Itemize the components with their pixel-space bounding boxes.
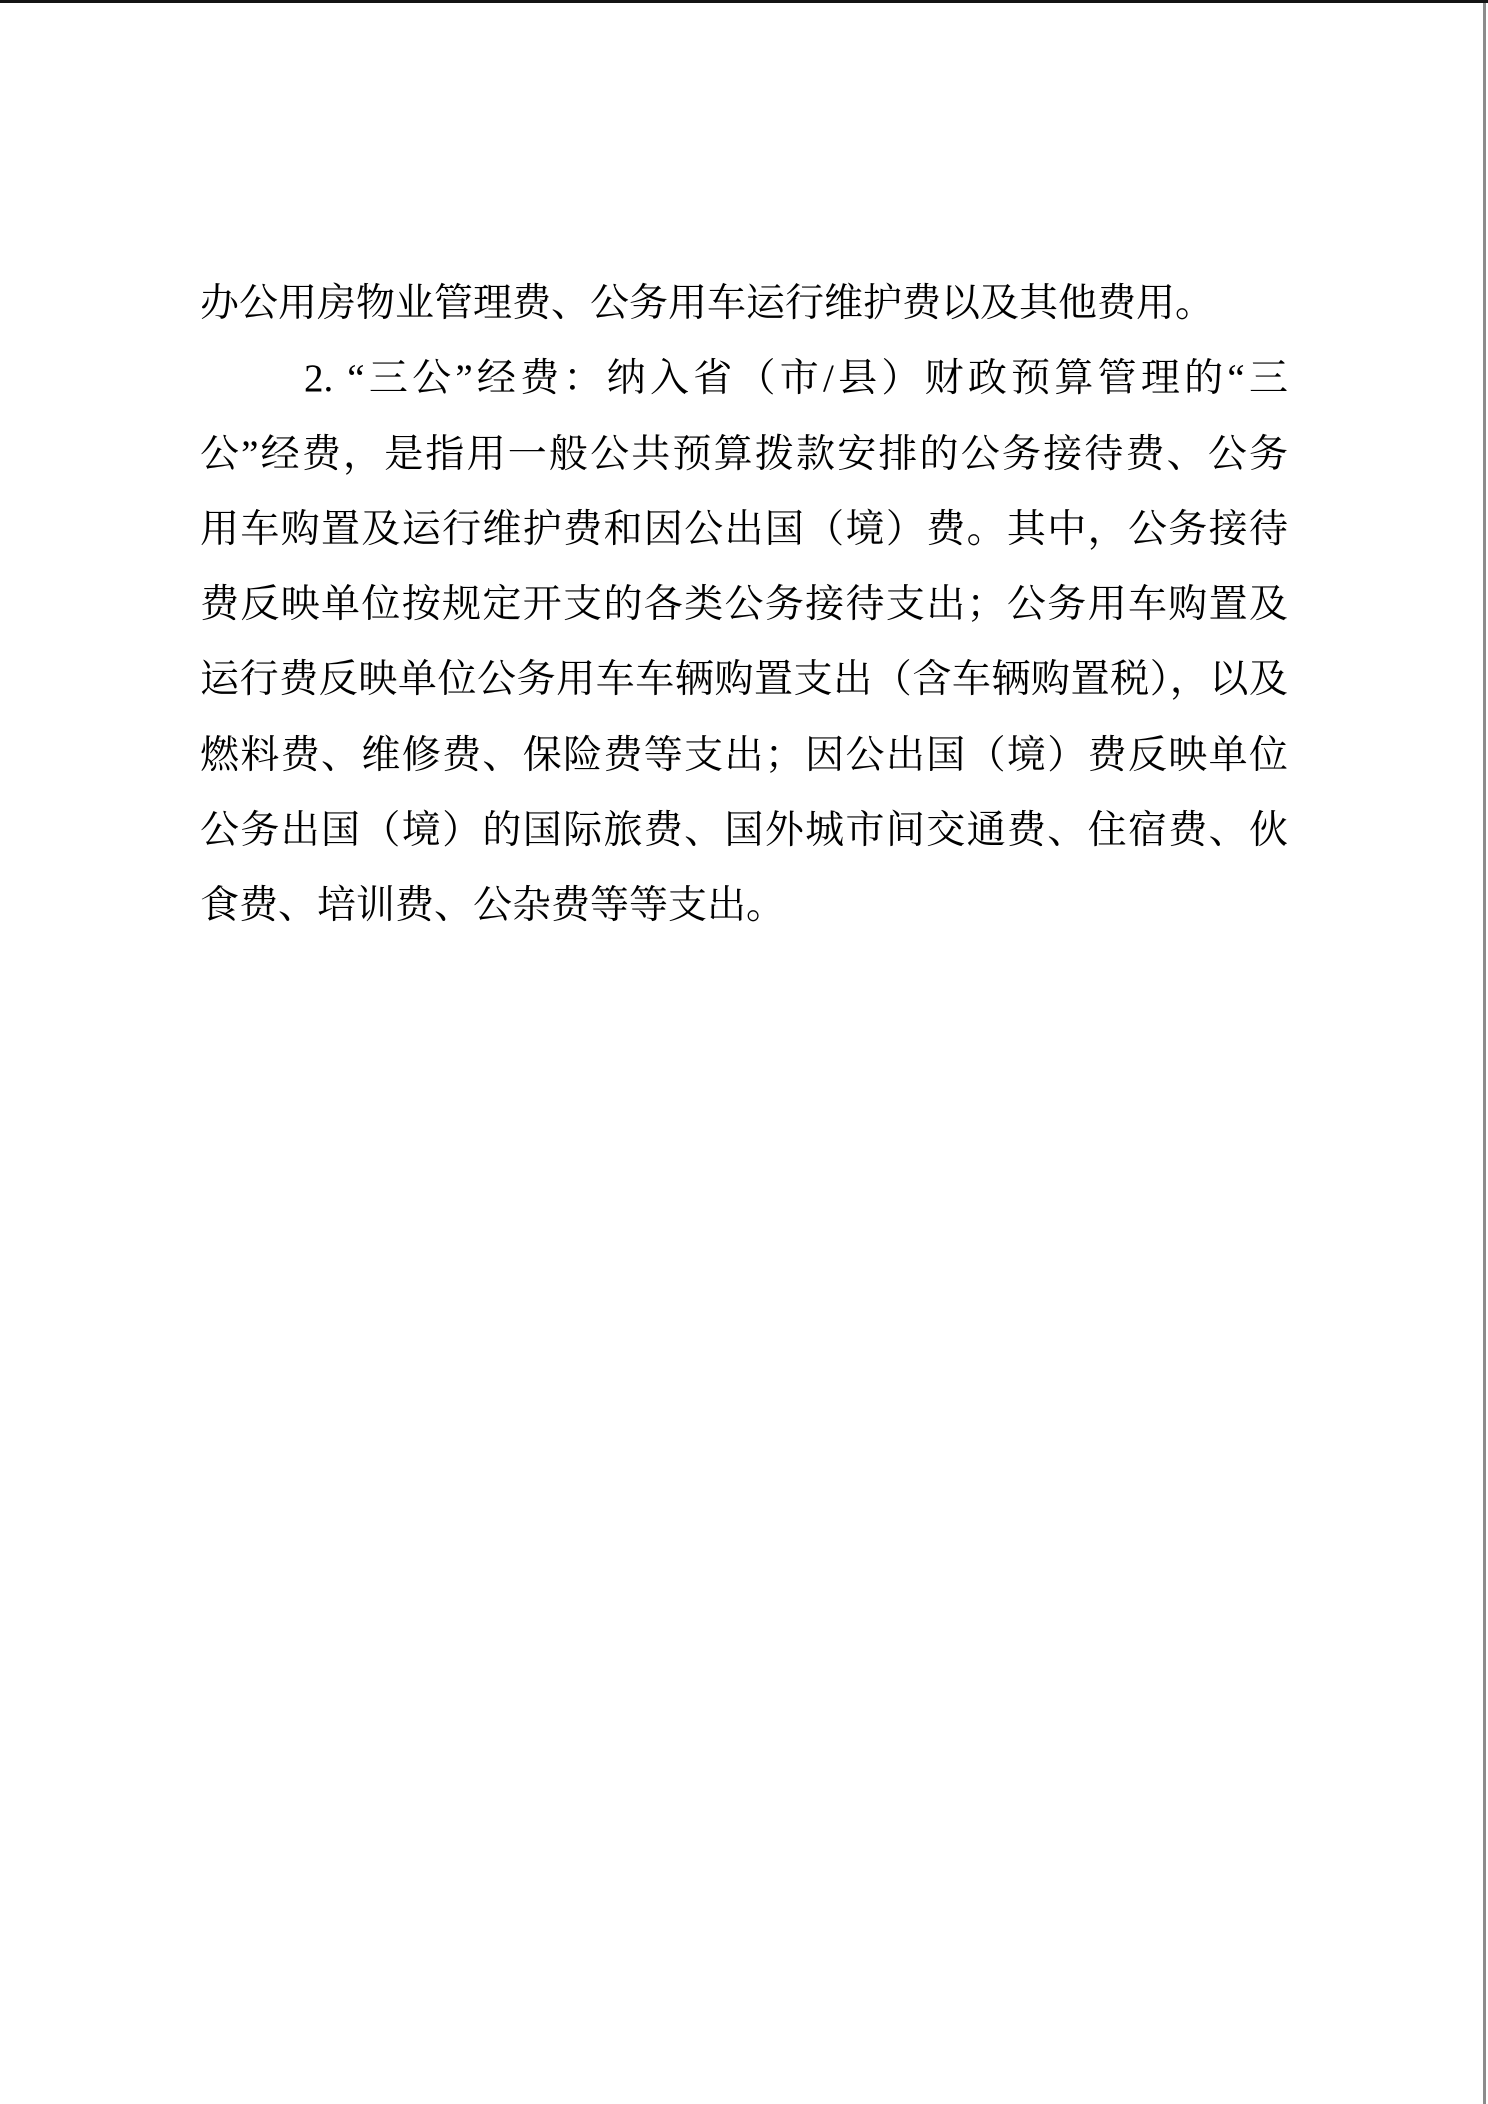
text-line-5: 费反映单位按规定开支的各类公务接待支出；公务用车购置及: [200, 567, 1288, 642]
page-top-edge: [0, 0, 1488, 3]
text-line-3: 公”经费，是指用一般公共预算拨款安排的公务接待费、公务: [200, 417, 1288, 492]
text-line-8: 公务出国（境）的国际旅费、国外城市间交通费、住宿费、伙: [200, 793, 1288, 868]
text-line-7: 燃料费、维修费、保险费等支出；因公出国（境）费反映单位: [200, 718, 1288, 793]
document-page-text: 办公用房物业管理费、公务用车运行维护费以及其他费用。 2. “三公”经费：纳入省…: [200, 266, 1288, 944]
text-line-9: 食费、培训费、公杂费等等支出。: [200, 868, 1288, 943]
page-right-edge: [1483, 3, 1486, 2104]
text-line-4: 用车购置及运行维护费和因公出国（境）费。其中，公务接待: [200, 492, 1288, 567]
text-line-6: 运行费反映单位公务用车车辆购置支出（含车辆购置税），以及: [200, 642, 1288, 717]
text-line-1: 办公用房物业管理费、公务用车运行维护费以及其他费用。: [200, 266, 1288, 341]
text-line-2: 2. “三公”经费：纳入省（市/县）财政预算管理的“三: [200, 341, 1288, 416]
